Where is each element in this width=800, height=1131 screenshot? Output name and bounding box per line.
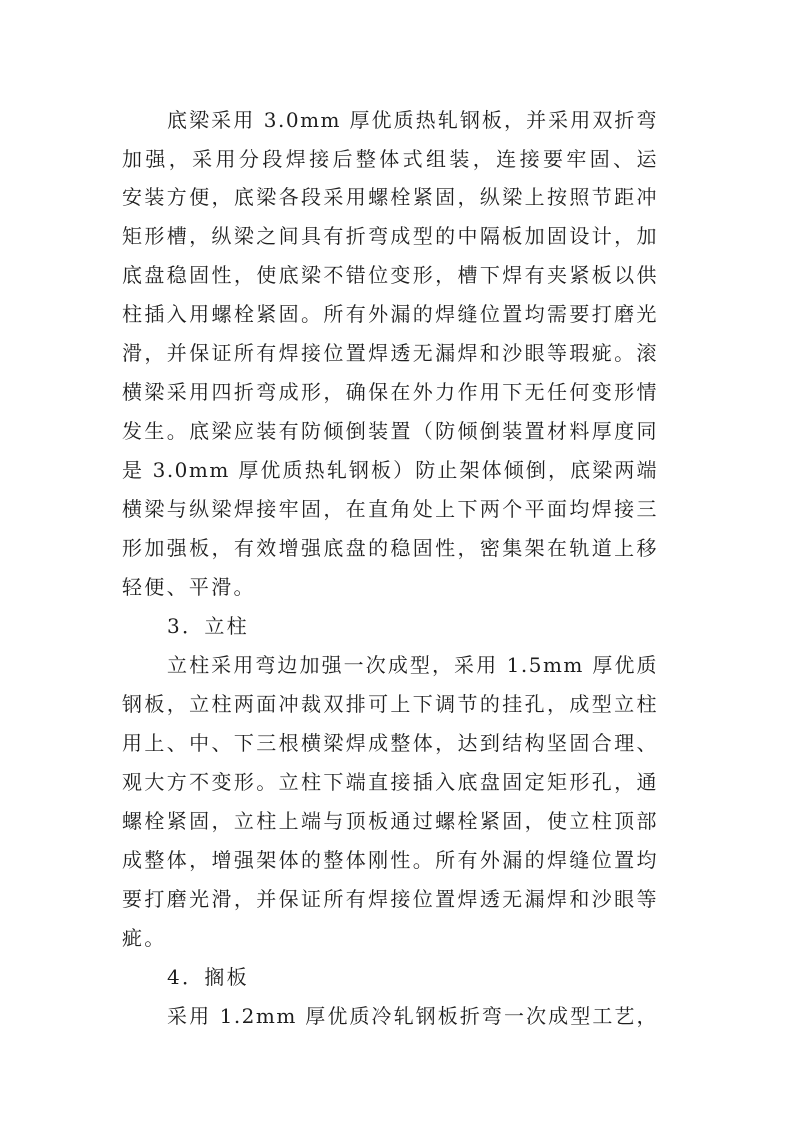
text-line: 底盘稳固性，使底梁不错位变形，槽下焊有夹紧板以供立	[122, 255, 658, 295]
text-line: 加强，采用分段焊接后整体式组装，连接要牢固、运输、	[122, 139, 658, 179]
text-line: 横梁采用四折弯成形，确保在外力作用下无任何变形情况	[122, 372, 658, 412]
text-line: 柱插入用螺栓紧固。所有外漏的焊缝位置均需要打磨光	[122, 294, 658, 334]
text-line: 轻便、平滑。	[122, 567, 658, 607]
text-line: 钢板，立柱两面冲裁双排可上下调节的挂孔，成型立柱采	[122, 684, 658, 724]
text-line: 螺栓紧固，立柱上端与顶板通过螺栓紧固，使立柱顶部形	[122, 801, 658, 841]
section-heading-shelves: 4．搁板	[167, 957, 658, 997]
section-heading-columns: 3．立柱	[167, 606, 658, 646]
text-line: 观大方不变形。立柱下端直接插入底盘固定矩形孔，通过	[122, 762, 658, 802]
text-line: 立柱采用弯边加强一次成型，采用 1.5mm 厚优质冷轧	[167, 645, 658, 685]
text-line: 矩形槽，纵梁之间具有折弯成型的中隔板加固设计，加强	[122, 216, 658, 256]
text-line: 要打磨光滑，并保证所有焊接位置焊透无漏焊和沙眼等瑕	[122, 879, 658, 919]
text-line: 形加强板，有效增强底盘的稳固性，密集架在轨道上移动	[122, 528, 658, 568]
text-line: 成整体，增强架体的整体刚性。所有外漏的焊缝位置均需	[122, 840, 658, 880]
text-line: 用上、中、下三根横梁焊成整体，达到结构坚固合理、美	[122, 723, 658, 763]
text-line: 发生。底梁应装有防倾倒装置（防倾倒装置材料厚度同样	[122, 411, 658, 451]
text-line: 采用 1.2mm 厚优质冷轧钢板折弯一次成型工艺，设有	[167, 996, 658, 1036]
document-page: 底梁采用 3.0mm 厚优质热轧钢板，并采用双折弯工艺 加强，采用分段焊接后整体…	[0, 0, 800, 1131]
text-line: 安装方便，底梁各段采用螺栓紧固，纵梁上按照节距冲有	[122, 177, 658, 217]
text-line: 是 3.0mm 厚优质热轧钢板）防止架体倾倒，底梁两端封头	[122, 450, 658, 490]
text-line: 横梁与纵梁焊接牢固，在直角处上下两个平面均焊接三角	[122, 489, 658, 529]
text-line: 滑，并保证所有焊接位置焊透无漏焊和沙眼等瑕疵。滚轮	[122, 333, 658, 373]
text-line: 疵。	[122, 918, 658, 958]
text-line: 底梁采用 3.0mm 厚优质热轧钢板，并采用双折弯工艺	[167, 100, 658, 140]
